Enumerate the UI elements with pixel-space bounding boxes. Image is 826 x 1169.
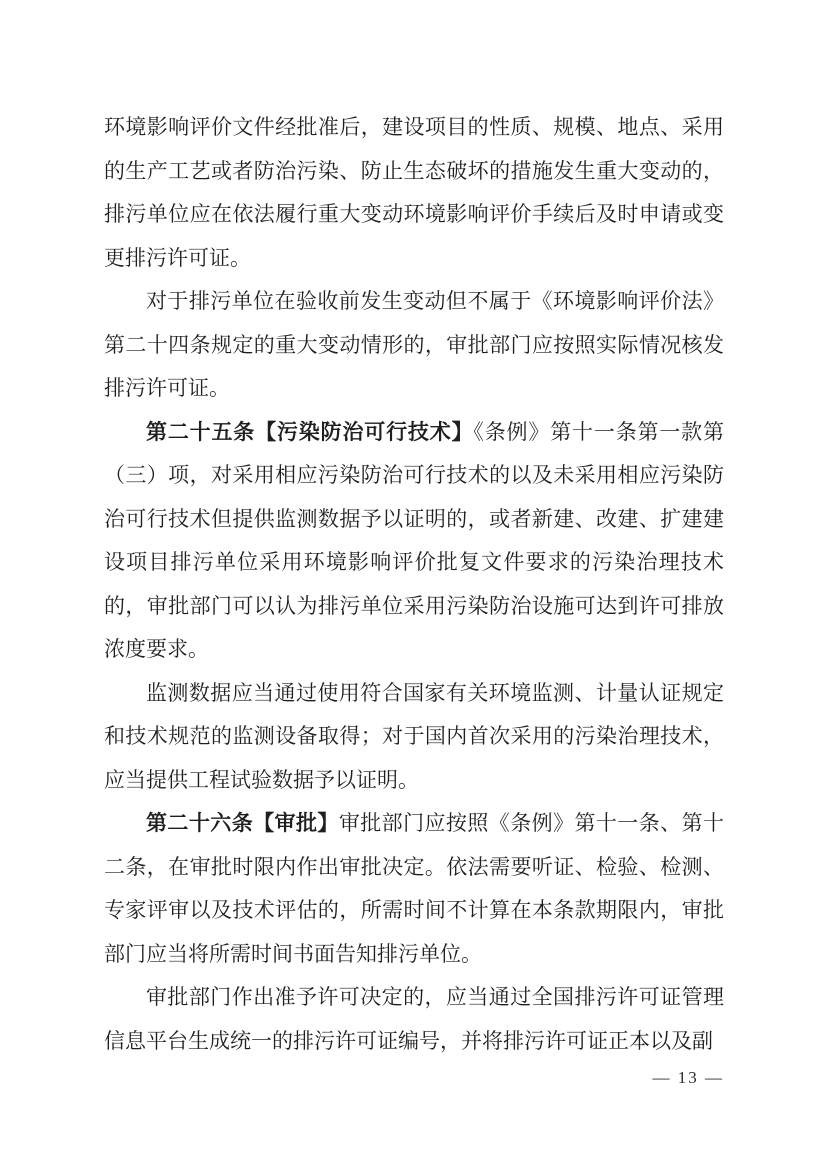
- paragraph: 第二十五条【污染防治可行技术】《条例》第十一条第一款第（三）项，对采用相应污染防…: [104, 411, 724, 672]
- paragraph-text: 对于排污单位在验收前发生变动但不属于《环境影响评价法》第二十四条规定的重大变动情…: [104, 289, 724, 400]
- paragraph: 环境影响评价文件经批准后，建设项目的性质、规模、地点、采用的生产工艺或者防治污染…: [104, 106, 724, 280]
- document-page: 环境影响评价文件经批准后，建设项目的性质、规模、地点、采用的生产工艺或者防治污染…: [0, 0, 826, 1169]
- paragraph: 对于排污单位在验收前发生变动但不属于《环境影响评价法》第二十四条规定的重大变动情…: [104, 280, 724, 411]
- article-heading-25: 第二十五条【污染防治可行技术】: [146, 421, 473, 444]
- paragraph: 监测数据应当通过使用符合国家有关环境监测、计量认证规定和技术规范的监测设备取得；…: [104, 672, 724, 803]
- document-body: 环境影响评价文件经批准后，建设项目的性质、规模、地点、采用的生产工艺或者防治污染…: [104, 106, 724, 1063]
- paragraph-text: 环境影响评价文件经批准后，建设项目的性质、规模、地点、采用的生产工艺或者防治污染…: [104, 115, 724, 270]
- paragraph-text: 监测数据应当通过使用符合国家有关环境监测、计量认证规定和技术规范的监测设备取得；…: [104, 681, 724, 792]
- paragraph: 第二十六条【审批】审批部门应按照《条例》第十一条、第十二条，在审批时限内作出审批…: [104, 802, 724, 976]
- paragraph-text: 《条例》第十一条第一款第（三）项，对采用相应污染防治可行技术的以及未采用相应污染…: [104, 420, 724, 662]
- page-number: — 13 —: [104, 1068, 724, 1088]
- article-heading-26: 第二十六条【审批】: [146, 812, 339, 835]
- paragraph: 审批部门作出准予许可决定的，应当通过全国排污许可证管理信息平台生成统一的排污许可…: [104, 976, 724, 1063]
- paragraph-text: 审批部门作出准予许可决定的，应当通过全国排污许可证管理信息平台生成统一的排污许可…: [104, 985, 724, 1053]
